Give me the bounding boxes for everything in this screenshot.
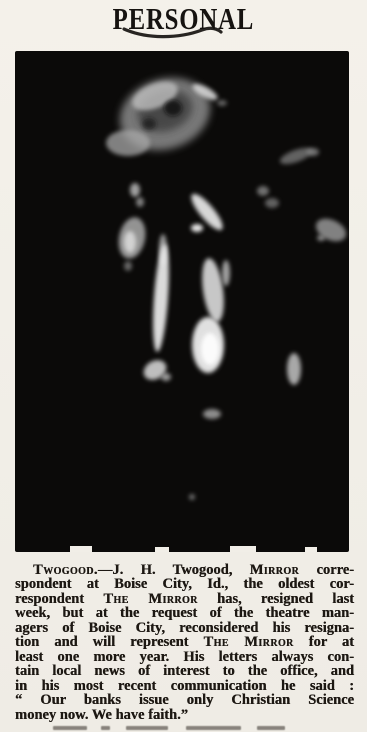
article-text: Twogood.—J. H. Twogood, Mirror corre-spo… [15,563,354,722]
portrait-photo-graphic [15,51,349,552]
cutoff-mark [101,726,110,730]
article-line: agers of Boise City, reconsidered his re… [15,621,354,635]
article-line: “ Our banks issue only Christian Science [15,693,354,707]
article-line: in his most recent communication he said… [15,679,354,693]
article-line: spondent at Boise City, Id., the oldest … [15,577,354,591]
newspaper-clipping: PERSONAL [0,0,367,732]
cutoff-text-remnant [15,726,355,732]
article-line: least one more year. His letters always … [15,650,354,664]
portrait-photo [15,51,349,552]
headline-swash [94,26,274,40]
cutoff-mark [186,726,241,730]
article-line: respondent The Mirror has, resigned last [15,592,354,606]
cutoff-mark [126,726,168,730]
cutoff-mark [257,726,285,730]
article-line: money now. We have faith.” [15,708,354,722]
cutoff-mark [53,726,87,730]
article-line: tion and will represent The Mirror for a… [15,635,354,649]
article-text-segment: money now. We have faith.” [15,707,188,723]
article-line: week, but at the request of the theatre … [15,606,354,620]
article-line: tain local news of interest to the offic… [15,664,354,678]
article-line: Twogood.—J. H. Twogood, Mirror corre- [15,563,354,577]
